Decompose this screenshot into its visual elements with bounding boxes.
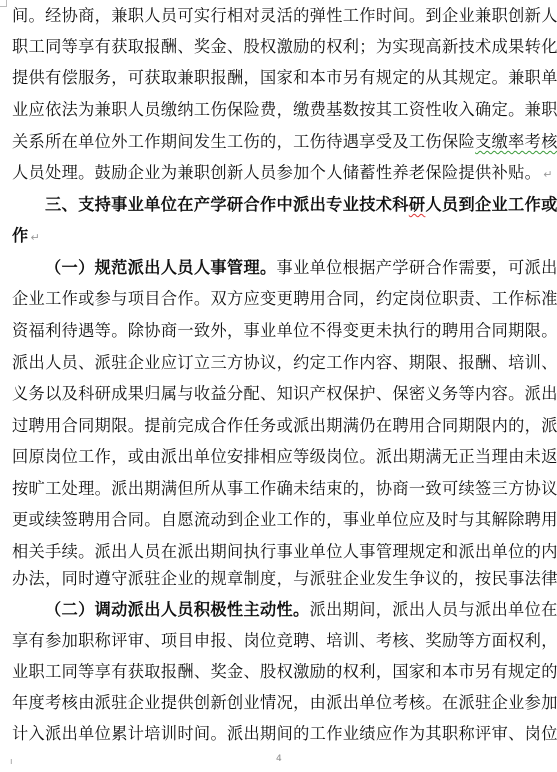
text-line: 业职工同等享有获取报酬、奖金、股权激励的权利，国家和本市另有规定的从其规定。 xyxy=(12,660,546,684)
text-segment: 人员处理。鼓励企业为兼职创新人员参加个人储蓄性养老保险提供补贴。 xyxy=(12,163,541,182)
text-line: 更或续签聘用合同。自愿流动到企业工作的，事业单位应及时与其解除聘用合同并办理 xyxy=(12,508,546,532)
subsection-title: （一）规范派出人员人事管理。 xyxy=(45,258,277,277)
text-line: 提供有偿服务，可获取兼职报酬，国家和本市另有规定的从其规定。兼职单位或创办企 xyxy=(12,66,546,90)
text-line: 间。经协商，兼职人员可实行相对灵活的弹性工作时间。到企业兼职创新人员，与企业 xyxy=(12,4,546,28)
subsection-line: （二）调动派出人员积极性主动性。派出期间，派出人员与派出单位在岗人员同等 xyxy=(45,598,546,622)
section-heading: 三、支持事业单位在产学研合作中派出专业技术科研人员到企业工作或参与项目合 xyxy=(45,193,546,217)
text-segment: 人员到企业工作或参与项目合 xyxy=(425,195,557,214)
text-line: 回原岗位工作，或由派出单位安排相应等级岗位。派出期满无正当理由未返回的人员， xyxy=(12,445,546,469)
page-corner-mark xyxy=(0,0,7,7)
text-segment: 派出期间，派出人员与派出单位在岗人员同等 xyxy=(310,600,557,619)
subsection-title: （二）调动派出人员积极性主动性。 xyxy=(45,600,310,619)
document-page: 间。经协商，兼职人员可实行相对灵活的弹性工作时间。到企业兼职创新人员，与企业 职… xyxy=(0,0,557,772)
text-line: 享有参加职称评审、项目申报、岗位竞聘、培训、考核、奖励等方面权利，并与派驻企 xyxy=(12,629,546,653)
text-line: 企业工作或参与项目合作。双方应变更聘用合同，约定岗位职责、工作标准和考核、工 xyxy=(12,287,546,311)
text-line: 义务以及科研成果归属与收益分配、知识产权保护、保密义务等内容。派出期限应不超 xyxy=(12,382,546,406)
text-line: 职工同等享有获取报酬、奖金、股权激励的权利；为实现高新技术成果转化、技术攻关 xyxy=(12,35,546,59)
paragraph-mark-icon: ↵ xyxy=(543,168,553,181)
text-line: 派出人员、派驻企业应订立三方协议，约定工作内容、期限、报酬、培训、奖励等权利 xyxy=(12,351,546,375)
text-segment: 三、支持事业单位在产学研合作中派出专业技术科 xyxy=(45,195,409,214)
text-segment: 事业单位根据产学研合作需要，可派出科研人员到 xyxy=(277,258,557,277)
grammar-flagged-text[interactable]: 支缴率考核 xyxy=(475,132,557,151)
spelling-flagged-text[interactable]: 研 xyxy=(409,195,426,214)
paragraph-mark-icon: ↵ xyxy=(31,231,41,244)
text-line: 人员处理。鼓励企业为兼职创新人员参加个人储蓄性养老保险提供补贴。↵ xyxy=(12,161,546,185)
text-line: 资福利待遇等。除协商一致外，事业单位不得变更未执行的聘用合同期限。派出单位、 xyxy=(12,319,546,343)
text-line: 按旷工处理。派出期满但所从事工作确未结束的，协商一致可续签三方协议，并相应变 xyxy=(12,477,546,501)
text-line: 业应依法为兼职人员缴纳工伤保险费，缴费基数按其工资性收入确定。兼职人员在人事 xyxy=(12,98,546,122)
text-segment: 办法，同时遵守派驻企业的规章制度，与派驻企业发生争议的，按民事法律法规处理。 xyxy=(12,569,557,588)
text-line: 计入派出单位累计培训时间。派出期间的工作业绩应作为其职称评审、岗位晋升、考核、 xyxy=(12,722,546,746)
footer-paragraph-mark-icon: ı xyxy=(10,757,13,767)
text-line: 办法，同时遵守派驻企业的规章制度，与派驻企业发生争议的，按民事法律法规处理。↵ xyxy=(12,567,546,591)
text-line: 关系所在单位外工作期间发生工伤的，工伤待遇享受及工伤保险支缴率考核等参照离岗 xyxy=(12,130,546,154)
text-line: 过聘用合同期限。提前完成合作任务或派出期满仍在聘用合同期限内的，派出人员应返 xyxy=(12,414,546,438)
text-line: 年度考核由派驻企业提供创新创业情况，由派出单位考核。在派驻企业参加培训的时间 xyxy=(12,691,546,715)
section-heading-continuation: 作↵ xyxy=(12,224,546,248)
page-number: 4 xyxy=(276,754,282,764)
text-line: 相关手续。派出人员在派出期间执行事业单位人事管理规定和派出单位的内部人事管理 xyxy=(12,540,546,564)
text-segment: 作 xyxy=(12,226,29,245)
text-segment: 关系所在单位外工作期间发生工伤的，工伤待遇享受及工伤保险 xyxy=(12,132,475,151)
subsection-line: （一）规范派出人员人事管理。事业单位根据产学研合作需要，可派出科研人员到 xyxy=(45,256,546,280)
